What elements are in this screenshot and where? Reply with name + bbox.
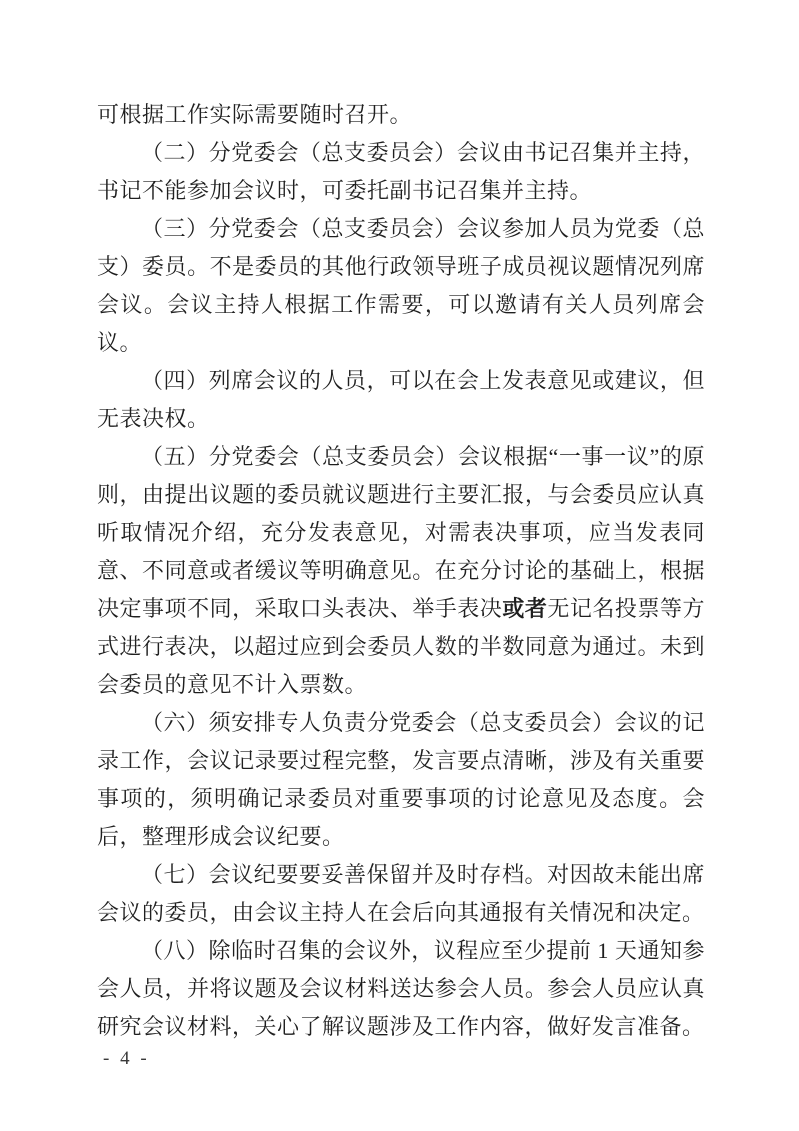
paragraph-text: （四）列席会议的人员，可以在会上发表意见或建议，但无表决权。: [97, 368, 705, 431]
page-number: - 4 -: [103, 1048, 150, 1070]
paragraph-text: （五）分党委会（总支委员会）会议根据“一事一议”的原则，由提出议题的委员就议题进…: [97, 444, 705, 621]
paragraph-text: （三）分党委会（总支委员会）会议参加人员为党委（总支）委员。不是委员的其他行政领…: [97, 216, 705, 355]
paragraph: （五）分党委会（总支委员会）会议根据“一事一议”的原则，由提出议题的委员就议题进…: [97, 438, 705, 704]
paragraph: （七）会议纪要要妥善保留并及时存档。对因故未能出席会议的委员，由会议主持人在会后…: [97, 856, 705, 932]
paragraph: （四）列席会议的人员，可以在会上发表意见或建议，但无表决权。: [97, 362, 705, 438]
paragraph-text: 可根据工作实际需要随时召开。: [97, 102, 412, 127]
paragraph-text: （八）除临时召集的会议外，议程应至少提前 1 天通知参会人员，并将议题及会议材料…: [97, 938, 705, 1039]
paragraph-text: （六）须安排专人负责分党委会（总支委员会）会议的记录工作，会议记录要过程完整，发…: [97, 710, 705, 849]
paragraph: （三）分党委会（总支委员会）会议参加人员为党委（总支）委员。不是委员的其他行政领…: [97, 210, 705, 362]
paragraph: （八）除临时召集的会议外，议程应至少提前 1 天通知参会人员，并将议题及会议材料…: [97, 932, 705, 1046]
paragraph: （二）分党委会（总支委员会）会议由书记召集并主持，书记不能参加会议时，可委托副书…: [97, 134, 705, 210]
paragraph-text-bold: 或者: [502, 596, 547, 621]
document-page: 可根据工作实际需要随时召开。 （二）分党委会（总支委员会）会议由书记召集并主持，…: [0, 0, 799, 1131]
document-body: 可根据工作实际需要随时召开。 （二）分党委会（总支委员会）会议由书记召集并主持，…: [97, 96, 705, 1046]
paragraph-text: （七）会议纪要要妥善保留并及时存档。对因故未能出席会议的委员，由会议主持人在会后…: [97, 862, 705, 925]
paragraph: 可根据工作实际需要随时召开。: [97, 96, 705, 134]
paragraph: （六）须安排专人负责分党委会（总支委员会）会议的记录工作，会议记录要过程完整，发…: [97, 704, 705, 856]
paragraph-text: （二）分党委会（总支委员会）会议由书记召集并主持，书记不能参加会议时，可委托副书…: [97, 140, 705, 203]
